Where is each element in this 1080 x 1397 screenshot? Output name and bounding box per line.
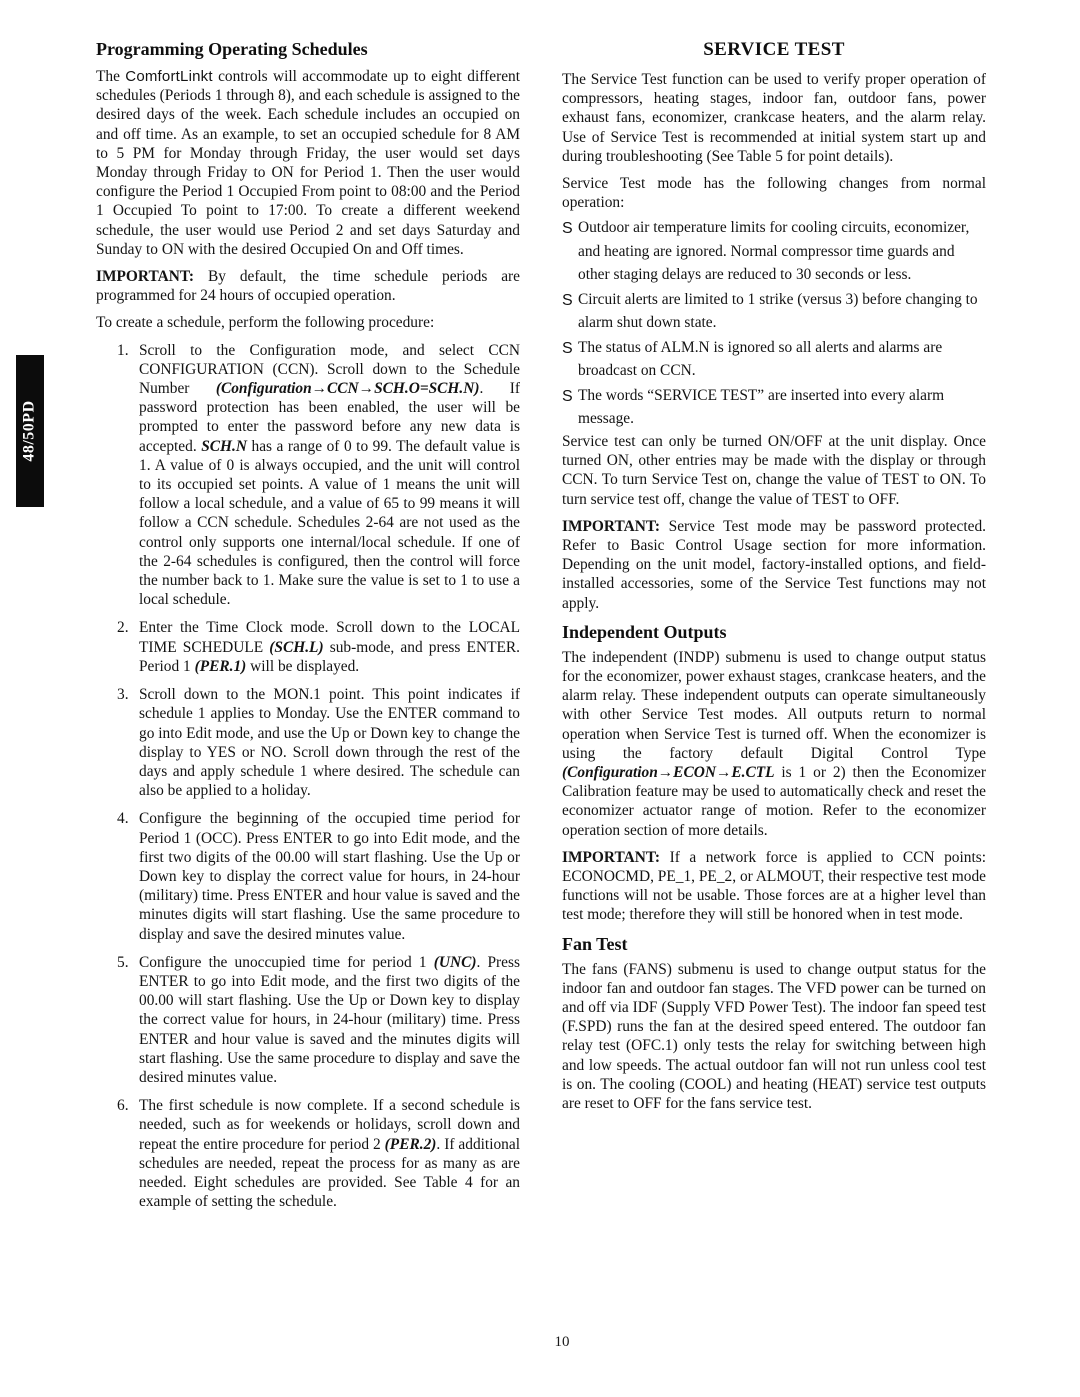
paragraph-service-test-intro: The Service Test function can be used to… [562, 70, 986, 166]
page-number: 10 [539, 1334, 585, 1351]
document-page: 48/50PD Programming Operating Schedules … [0, 0, 1080, 1397]
step-text: Enter the Time Clock mode. Scroll down t… [139, 619, 520, 674]
heading-programming-operating-schedules: Programming Operating Schedules [96, 38, 520, 60]
step-number: 3. [117, 685, 129, 704]
bullet-item-almn-status: SThe status of ALM.N is ignored so all a… [562, 336, 986, 383]
step-text: Configure the beginning of the occupied … [139, 810, 520, 942]
bullet-marker: S [562, 385, 573, 409]
step-text: Configure the unoccupied time for period… [139, 954, 520, 1086]
procedure-step-4: 4.Configure the beginning of the occupie… [139, 809, 520, 943]
heading-fan-test: Fan Test [562, 933, 986, 955]
paragraph-independent-outputs: The independent (INDP) submenu is used t… [562, 648, 986, 840]
bullet-text: Circuit alerts are limited to 1 strike (… [578, 291, 978, 332]
bullet-item-circuit-alerts: SCircuit alerts are limited to 1 strike … [562, 288, 986, 335]
bullet-marker: S [562, 217, 573, 241]
step-number: 1. [117, 341, 129, 360]
procedure-step-2: 2.Enter the Time Clock mode. Scroll down… [139, 618, 520, 676]
paragraph-intro: The ComfortLinkt controls will accommoda… [96, 67, 520, 259]
step-number: 5. [117, 953, 129, 972]
procedure-step-1: 1.Scroll to the Configuration mode, and … [139, 341, 520, 610]
procedure-step-5: 5.Configure the unoccupied time for peri… [139, 953, 520, 1087]
step-number: 6. [117, 1096, 129, 1115]
bullet-text: The status of ALM.N is ignored so all al… [578, 339, 942, 380]
bullet-item-alarm-message: SThe words “SERVICE TEST” are inserted i… [562, 384, 986, 431]
paragraph-service-test-onoff: Service test can only be turned ON/OFF a… [562, 432, 986, 509]
model-spine-tab: 48/50PD [16, 355, 44, 507]
bullet-marker: S [562, 337, 573, 361]
bullet-text: The words “SERVICE TEST” are inserted in… [578, 387, 944, 428]
important-note-service-test: IMPORTANT: Service Test mode may be pass… [562, 517, 986, 613]
paragraph-procedure-intro: To create a schedule, perform the follow… [96, 313, 520, 332]
bullet-marker: S [562, 289, 573, 313]
left-column: Programming Operating Schedules The Comf… [96, 38, 520, 1220]
bullet-item-oat-limits: SOutdoor air temperature limits for cool… [562, 216, 986, 287]
step-number: 2. [117, 618, 129, 637]
heading-service-test: SERVICE TEST [562, 38, 986, 61]
right-column: SERVICE TEST The Service Test function c… [562, 38, 986, 1121]
procedure-step-3: 3.Scroll down to the MON.1 point. This p… [139, 685, 520, 800]
important-note-schedules: IMPORTANT: By default, the time schedule… [96, 267, 520, 305]
model-spine-tab-label: 48/50PD [21, 400, 39, 461]
heading-independent-outputs: Independent Outputs [562, 621, 986, 643]
procedure-step-6: 6.The first schedule is now complete. If… [139, 1096, 520, 1211]
step-text: The first schedule is now complete. If a… [139, 1097, 520, 1210]
bullet-text: Outdoor air temperature limits for cooli… [578, 219, 969, 283]
paragraph-service-test-changes: Service Test mode has the following chan… [562, 174, 986, 212]
important-note-network-force: IMPORTANT: If a network force is applied… [562, 848, 986, 925]
step-text: Scroll to the Configuration mode, and se… [139, 342, 520, 609]
step-text: Scroll down to the MON.1 point. This poi… [139, 686, 520, 799]
step-number: 4. [117, 809, 129, 828]
paragraph-fan-test: The fans (FANS) submenu is used to chang… [562, 960, 986, 1114]
